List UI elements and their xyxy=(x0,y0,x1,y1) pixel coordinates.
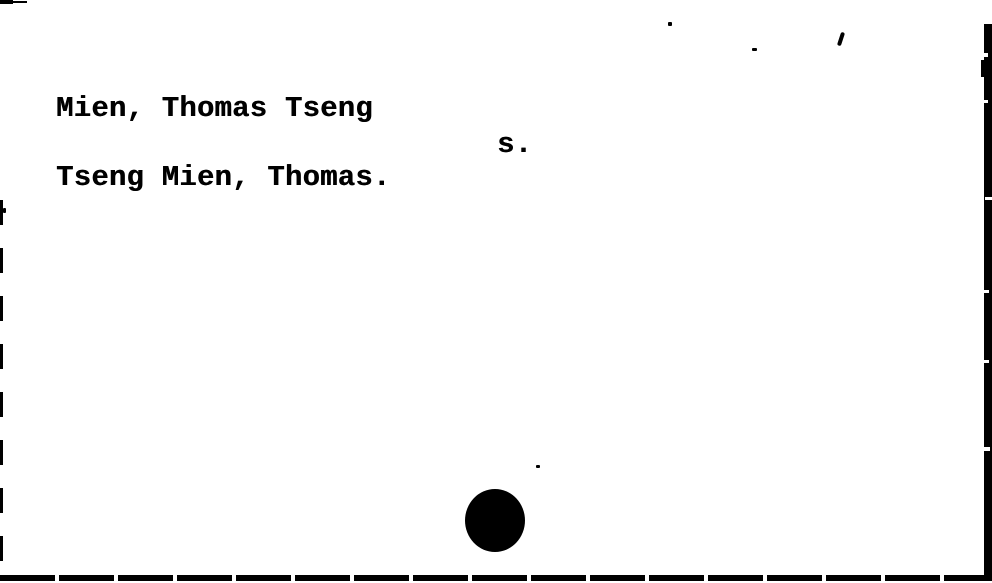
ink-speck xyxy=(752,48,757,51)
scan-notch xyxy=(984,53,988,57)
card-cross-reference-heading: Tseng Mien, Thomas. xyxy=(56,163,390,192)
scan-notch xyxy=(985,197,992,200)
ink-speck xyxy=(3,208,6,213)
bottom-edge-dashed-line xyxy=(0,575,992,581)
scanned-catalog-card: Mien, Thomas Tseng s. Tseng Mien, Thomas… xyxy=(0,0,992,583)
scan-notch xyxy=(984,447,990,451)
ink-speck xyxy=(536,465,540,468)
ink-speck xyxy=(668,22,672,26)
scan-notch xyxy=(984,360,989,363)
right-edge-bar xyxy=(984,24,992,580)
punch-hole xyxy=(465,489,525,552)
card-name-heading: Mien, Thomas Tseng xyxy=(56,94,373,123)
card-center-note: s. xyxy=(497,130,532,159)
pen-tick-mark xyxy=(837,32,845,47)
top-left-edge-mark xyxy=(12,1,27,3)
left-edge-dashed-line xyxy=(0,200,3,583)
scan-notch xyxy=(984,100,988,103)
scan-notch xyxy=(984,290,989,293)
right-edge-bump xyxy=(981,60,984,77)
